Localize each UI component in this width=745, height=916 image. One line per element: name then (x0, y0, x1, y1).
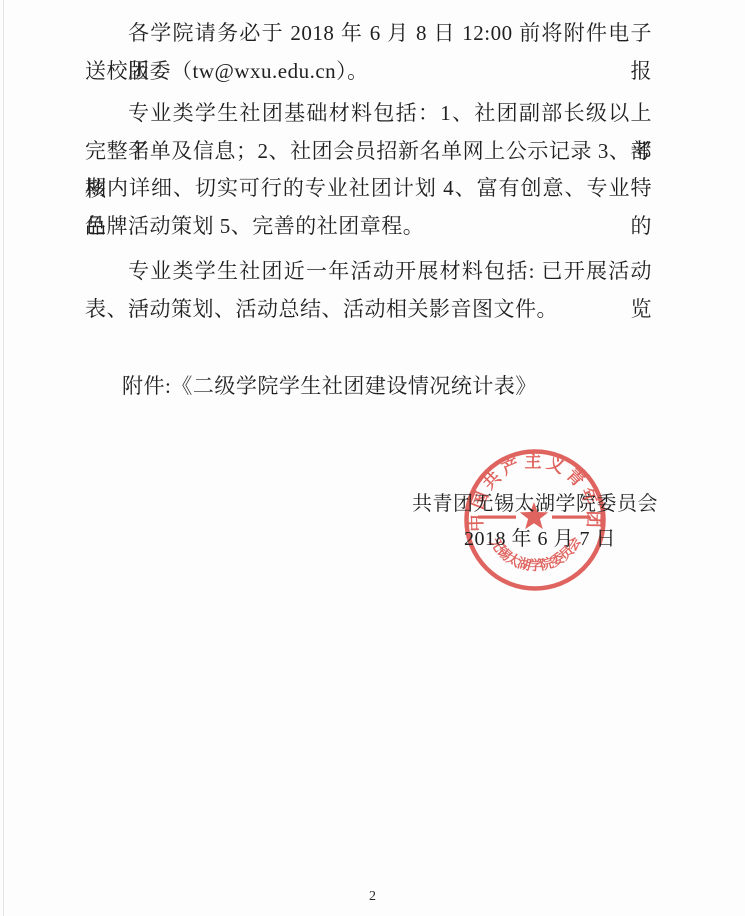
body-paragraph1-line1: 各学院请务必于 2018 年 6 月 8 日 12:00 前将附件电子版报 (85, 14, 652, 52)
body-paragraph3-line1: 专业类学生社团近一年活动开展材料包括: 已开展活动一览 (85, 252, 652, 290)
body-paragraph2-line2: 完整名单及信息；2、社团会员招新名单网上公示记录 3、考核 (85, 132, 652, 170)
body-paragraph2-line1: 专业类学生社团基础材料包括：1、社团副部长级以上干部 (85, 94, 652, 132)
document-page: 各学院请务必于 2018 年 6 月 8 日 12:00 前将附件电子版报 送校… (0, 0, 745, 916)
scan-left-edge (3, 0, 4, 916)
body-paragraph2-line4: 品牌活动策划 5、完善的社团章程。 (85, 207, 652, 245)
body-paragraph3-line2: 表、活动策划、活动总结、活动相关影音图文件。 (85, 290, 652, 328)
signature-organization: 共青团无锡太湖学院委员会 (412, 489, 658, 519)
body-paragraph2-line3: 期内详细、切实可行的专业社团计划 4、富有创意、专业特色的 (85, 169, 652, 207)
signature-date: 2018 年 6 月 7 日 (464, 524, 616, 554)
attachment-reference: 附件:《二级学院学生社团建设情况统计表》 (85, 367, 652, 405)
page-number: 2 (0, 889, 745, 905)
official-seal: 中国共产主义青年团 无锡太湖学院委员会 (450, 435, 620, 605)
body-paragraph1-line2: 送校团委（tw@wxu.edu.cn）。 (85, 52, 652, 90)
